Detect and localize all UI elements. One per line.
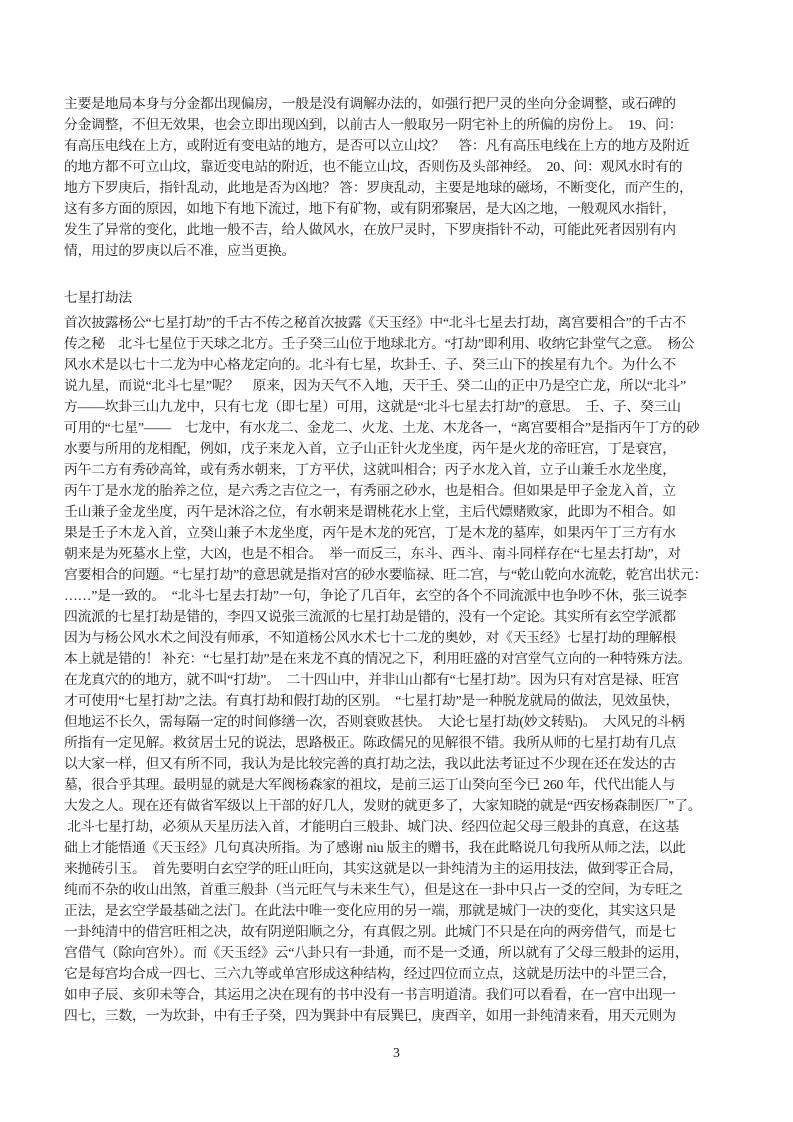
- text-line: 四流派的七星打劫是错的，李四又说张三流派的七星打劫是错的，没有一个定论。其实所有…: [64, 606, 744, 627]
- text-line: 情，用过的罗庚以后不准，应当更换。: [64, 240, 744, 261]
- text-line: 北斗七星打劫，必须从天星历法入首，才能明白三般卦、城门决、经四位起父母三般卦的真…: [64, 816, 744, 837]
- text-line: 主要是地局本身与分金都出现偏房，一般是没有调解办法的，如强行把尸灵的坐向分金调整…: [64, 93, 744, 114]
- text-line: 以大家一样，但又有所不同，我认为是比较完善的真打劫之法，我以此法考证过不少现在还…: [64, 753, 744, 774]
- text-line: 纯而不杂的收山出煞，首重三般卦（当元旺气与未来生气），但是这在一卦中只占一爻的空…: [64, 879, 744, 900]
- text-line: 朝来是为死墓水上堂，大凶，也是不相合。 举一而反三，东斗、西斗、南斗同样存在“七…: [64, 543, 744, 564]
- text-line: 丙午二方有秀砂高耸，或有秀水朝来，丁方平伏，这就叫相合；丙子水龙入首，立子山兼壬…: [64, 459, 744, 480]
- text-line: 发生了异常的变化，此地一般不吉，给人做风水，在放尸灵时，下罗庚指针不动，可能此死…: [64, 219, 744, 240]
- text-line: 风水术是以七十二龙为中心格龙定向的。北斗有七星，坎卦壬、子、癸三山下的挨星有九个…: [64, 354, 744, 375]
- paragraph-qa-section: 主要是地局本身与分金都出现偏房，一般是没有调解办法的，如强行把尸灵的坐向分金调整…: [64, 93, 744, 261]
- text-line: 可用的“七星”—— 七龙中，有水龙二、金龙二、火龙、土龙、木龙各一，“离宫要相合…: [64, 417, 744, 438]
- text-line: 才可使用“七星打劫”之法。有真打劫和假打劫的区别。 “七星打劫”是一种脱龙就局的…: [64, 690, 744, 711]
- text-line: 宫借气（除向宫外）。而《天玉经》云“八卦只有一卦通，而不是一爻通，所以就有了父母…: [64, 942, 744, 963]
- text-line: 所指有一定见解。救贫居士兄的说法，思路极正。陈政儒兄的见解很不错。我所从师的七星…: [64, 732, 744, 753]
- text-line: 大发之人。现在还有做省军级以上干部的好几人，发财的就更多了，大家知晓的就是“西安…: [64, 795, 744, 816]
- text-line: 分金调整，不但无效果，也会立即出现凶到，以前古人一般取另一阴宅补上的所偏的房份上…: [64, 114, 744, 135]
- text-line: 有高压电线在上方，或附近有变电站的地方，是否可以立山坟？ 答：凡有高压电线在上方…: [64, 135, 744, 156]
- text-line: 因为与杨公风水术之间没有师承，不知道杨公风水术七十二龙的奥妙，对《天玉经》七星打…: [64, 627, 744, 648]
- text-line: 这有多方面的原因，如地下有地下流过，地下有矿物，或有阴邪聚居，是大凶之地，一般观…: [64, 198, 744, 219]
- paragraph-seven-star-section: 首次披露杨公“七星打劫”的千古不传之秘首次披露《天玉经》中“北斗七星去打劫，离宫…: [64, 312, 744, 1026]
- text-line: 来抛砖引玉。 首先要明白玄空学的旺山旺向，其实这就是以一卦纯清为主的运用技法，做…: [64, 858, 744, 879]
- text-line: 七星打劫法: [64, 287, 744, 308]
- text-line: 但地运不长久，需每隔一定的时间修缮一次，否则衰败甚快。 大论七星打劫(妙文转贴)…: [64, 711, 744, 732]
- document-page: 主要是地局本身与分金都出现偏房，一般是没有调解办法的，如强行把尸灵的坐向分金调整…: [0, 0, 793, 1122]
- text-line: 本上就是错的！ 补充：“七星打劫”是在来龙不真的情况之下，利用旺盛的对宫堂气立向…: [64, 648, 744, 669]
- text-line: 宫要相合的问题。“七星打劫”的意思就是指对宫的砂水要临禄、旺二宫，与“乾山乾向水…: [64, 564, 744, 585]
- document-content: 主要是地局本身与分金都出现偏房，一般是没有调解办法的，如强行把尸灵的坐向分金调整…: [64, 93, 744, 1026]
- text-line: 传之秘 北斗七星位于天球之北方。壬子癸三山位于地球北方。“打劫”即利用、收纳它卦…: [64, 333, 744, 354]
- text-line: 一卦纯清中的借宫旺相之决，故有阴逆阳顺之分，有真假之别。此城门不只是在向的两旁借…: [64, 921, 744, 942]
- text-line: 说九星，而说“北斗七星”呢？ 原来，因为天气不入地，天干壬、癸二山的正中乃是空亡…: [64, 375, 744, 396]
- text-line: 四七，三数，一为坎卦，中有壬子癸，四为巽卦中有辰巽巳，庚酉辛，如用一卦纯清来看，…: [64, 1005, 744, 1026]
- text-line: 丙午丁是水龙的胎养之位，是六秀之吉位之一，有秀丽之砂水，也是相合。但如果是甲子金…: [64, 480, 744, 501]
- text-line: 在龙真穴的的地方，就不叫“打劫”。 二十四山中，并非山山都有“七星打劫”。因为只…: [64, 669, 744, 690]
- text-line: 如申子辰、亥卯未等合，其运用之决在现有的书中没有一书言明道清。我们可以看看，在一…: [64, 984, 744, 1005]
- text-line: 壬山兼子金龙坐度，丙午是沐浴之位，有水朝来是谓桃花水上堂，主后代嫖赌败家，此即为…: [64, 501, 744, 522]
- page-number: 3: [0, 1042, 793, 1063]
- text-line: 它是每宫均合成一四七、三六九等或单宫形成这种结构，经过四位而立点，这就是历法中的…: [64, 963, 744, 984]
- text-line: 水要与所用的龙相配，例如，戊子来龙入首，立子山正针火龙坐度，丙午是火龙的帝旺宫，…: [64, 438, 744, 459]
- text-line: ……”是一致的。 “北斗七星去打劫”一句，争论了几百年，玄空的各个不同流派中也争…: [64, 585, 744, 606]
- text-line: 正法，是玄空学最基础之法门。在此法中唯一变化应用的另一端，那就是城门一决的变化，…: [64, 900, 744, 921]
- text-line: 墓，很合乎其理。最明显的就是大军阀杨森家的祖坟，是前三运丁山癸向至今已 260 …: [64, 774, 744, 795]
- text-line: 果是壬子木龙入首，立癸山兼子木龙坐度，丙午是木龙的死宫，丁是木龙的墓库，如果丙午…: [64, 522, 744, 543]
- section-heading: 七星打劫法: [64, 287, 744, 308]
- text-line: 地方下罗庚后，指针乱动，此地是否为凶地？ 答：罗庚乱动，主要是地球的磁场，不断变…: [64, 177, 744, 198]
- text-line: 础上才能悟通《天玉经》几句真决所指。为了感谢 niu 版主的赠书，我在此略说几句…: [64, 837, 744, 858]
- text-line: 方——坎卦三山九龙中，只有七龙（即七星）可用，这就是“北斗七星去打劫”的意思。 …: [64, 396, 744, 417]
- text-line: 的地方都不可立山坟，靠近变电站的附近，也不能立山坟，否则伤及头部神经。 20、问…: [64, 156, 744, 177]
- text-line: 首次披露杨公“七星打劫”的千古不传之秘首次披露《天玉经》中“北斗七星去打劫，离宫…: [64, 312, 744, 333]
